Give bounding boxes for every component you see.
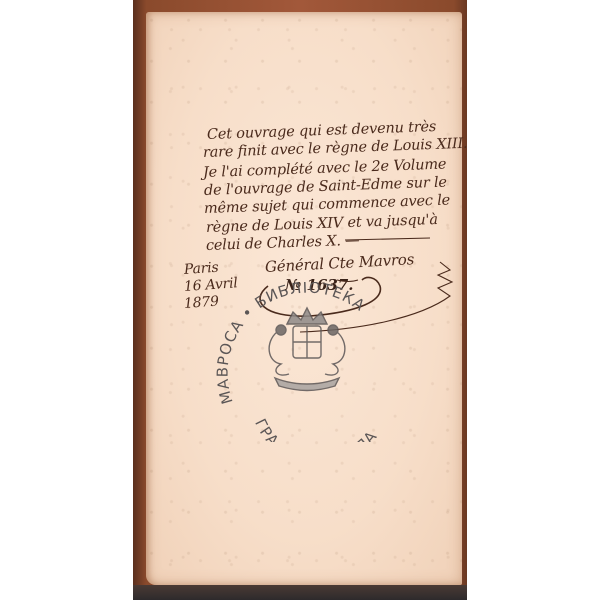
- coat-of-arms-icon: [269, 308, 345, 391]
- svg-text:ГРАФА ГЕНЕРАЛА: ГРАФА ГЕНЕРАЛА: [251, 416, 381, 442]
- place-line: Paris: [183, 260, 219, 278]
- library-stamp: МАВРОСА • БИБЛIОТЕКА ГРАФА ГЕНЕРАЛА: [215, 282, 415, 442]
- year-line: 1879: [183, 294, 219, 312]
- book-bottom-edge: [133, 585, 467, 600]
- stamp-text-bottom: ГРАФА ГЕНЕРАЛА: [251, 416, 381, 442]
